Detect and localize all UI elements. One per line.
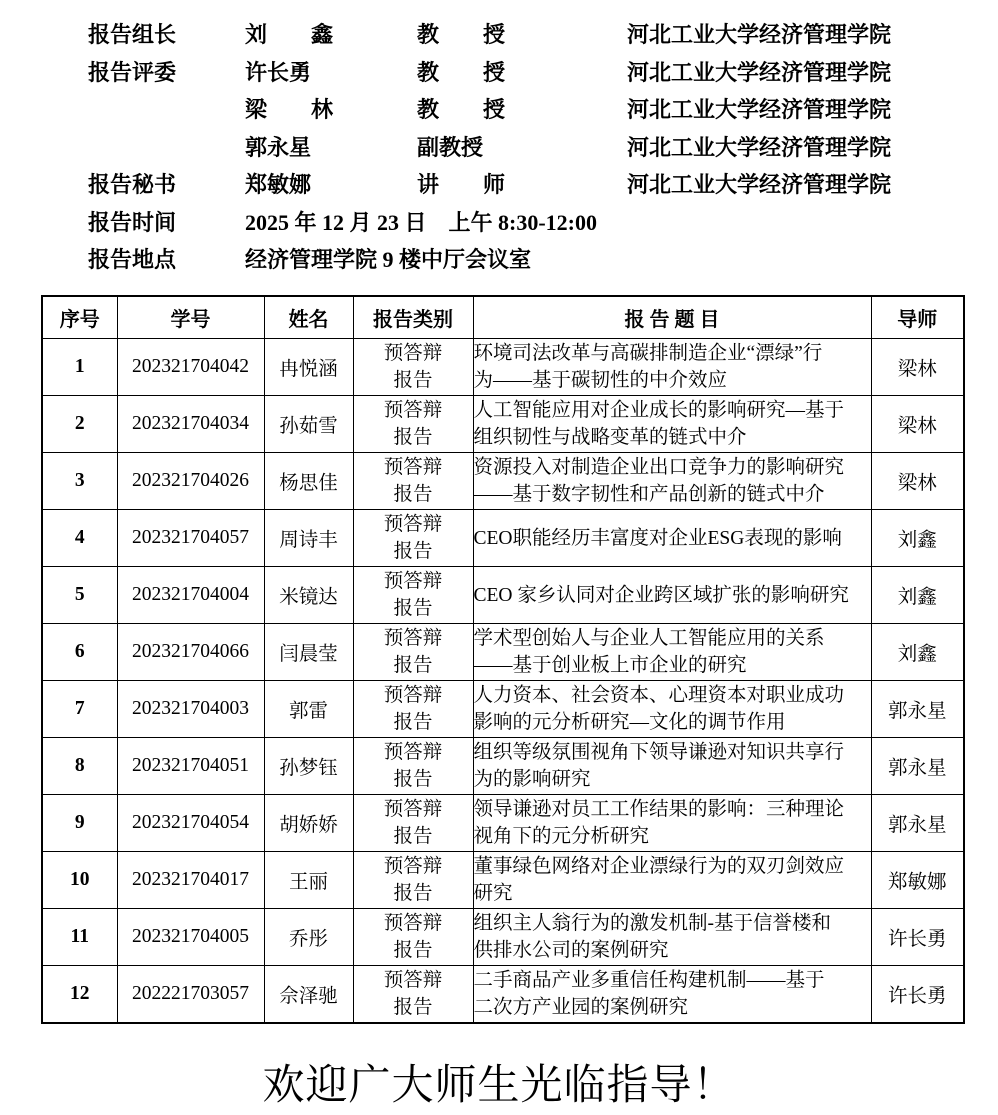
cell-report-title: 二手商品产业多重信任构建机制——基于 二次方产业园的案例研究 xyxy=(473,966,871,1023)
person-organization: 河北工业大学经济管理学院 xyxy=(627,56,998,87)
info-row-location: 报告地点 经济管理学院 9 楼中厅会议室 xyxy=(88,240,998,278)
cell-serial-number: 2 xyxy=(42,396,117,453)
report-info-section: 报告组长刘 鑫教 授河北工业大学经济管理学院报告评委许长勇教 授河北工业大学经济… xyxy=(0,0,998,278)
cell-report-title: 学术型创始人与企业人工智能应用的关系 ——基于创业板上市企业的研究 xyxy=(473,624,871,681)
cell-student-name: 王丽 xyxy=(264,852,353,909)
column-header: 学号 xyxy=(117,296,264,339)
person-title: 副教授 xyxy=(417,131,627,162)
cell-advisor: 许长勇 xyxy=(871,909,964,966)
cell-advisor: 刘鑫 xyxy=(871,624,964,681)
cell-report-title: 领导谦逊对员工工作结果的影响：三种理论 视角下的元分析研究 xyxy=(473,795,871,852)
document-page: 报告组长刘 鑫教 授河北工业大学经济管理学院报告评委许长勇教 授河北工业大学经济… xyxy=(0,0,998,1115)
table-row: 11202321704005乔彤预答辩 报告组织主人翁行为的激发机制-基于信誉楼… xyxy=(42,909,964,966)
cell-student-name: 佘泽驰 xyxy=(264,966,353,1023)
cell-report-title: CEO职能经历丰富度对企业ESG表现的影响 xyxy=(473,510,871,567)
cell-student-name: 杨思佳 xyxy=(264,453,353,510)
cell-serial-number: 6 xyxy=(42,624,117,681)
person-name: 许长勇 xyxy=(245,56,417,87)
cell-report-category: 预答辩 报告 xyxy=(353,966,473,1023)
info-role-label: 报告评委 xyxy=(88,56,245,87)
schedule-table-header: 序号学号姓名报告类别报 告 题 目导师 xyxy=(42,296,964,339)
info-row: 郭永星副教授河北工业大学经济管理学院 xyxy=(88,128,998,166)
cell-report-category: 预答辩 报告 xyxy=(353,453,473,510)
cell-report-category: 预答辩 报告 xyxy=(353,738,473,795)
table-row: 10202321704017王丽预答辩 报告董事绿色网络对企业漂绿行为的双刃剑效… xyxy=(42,852,964,909)
cell-report-title: 人工智能应用对企业成长的影响研究—基于 组织韧性与战略变革的链式中介 xyxy=(473,396,871,453)
table-row: 5202321704004米镜达预答辩 报告CEO 家乡认同对企业跨区域扩张的影… xyxy=(42,567,964,624)
cell-serial-number: 1 xyxy=(42,339,117,396)
info-row: 报告评委许长勇教 授河北工业大学经济管理学院 xyxy=(88,53,998,91)
cell-student-name: 胡娇娇 xyxy=(264,795,353,852)
cell-student-name: 乔彤 xyxy=(264,909,353,966)
cell-serial-number: 11 xyxy=(42,909,117,966)
table-row: 3202321704026杨思佳预答辩 报告资源投入对制造企业出口竞争力的影响研… xyxy=(42,453,964,510)
column-header: 报 告 题 目 xyxy=(473,296,871,339)
cell-serial-number: 10 xyxy=(42,852,117,909)
cell-serial-number: 8 xyxy=(42,738,117,795)
person-organization: 河北工业大学经济管理学院 xyxy=(627,131,998,162)
cell-student-id: 202321704003 xyxy=(117,681,264,738)
cell-advisor: 郭永星 xyxy=(871,738,964,795)
cell-report-category: 预答辩 报告 xyxy=(353,396,473,453)
info-row: 报告秘书郑敏娜讲 师河北工业大学经济管理学院 xyxy=(88,165,998,203)
cell-report-category: 预答辩 报告 xyxy=(353,852,473,909)
cell-advisor: 郑敏娜 xyxy=(871,852,964,909)
cell-serial-number: 12 xyxy=(42,966,117,1023)
report-time-label: 报告时间 xyxy=(88,206,245,237)
cell-student-name: 周诗丰 xyxy=(264,510,353,567)
person-organization: 河北工业大学经济管理学院 xyxy=(627,93,998,124)
cell-advisor: 刘鑫 xyxy=(871,567,964,624)
cell-report-category: 预答辩 报告 xyxy=(353,510,473,567)
person-name: 刘 鑫 xyxy=(245,18,417,49)
cell-advisor: 梁林 xyxy=(871,396,964,453)
report-location-value: 经济管理学院 9 楼中厅会议室 xyxy=(245,243,998,274)
cell-report-category: 预答辩 报告 xyxy=(353,624,473,681)
cell-advisor: 郭永星 xyxy=(871,795,964,852)
schedule-table: 序号学号姓名报告类别报 告 题 目导师 1202321704042冉悦涵预答辩 … xyxy=(41,295,965,1024)
info-people-rows: 报告组长刘 鑫教 授河北工业大学经济管理学院报告评委许长勇教 授河北工业大学经济… xyxy=(88,15,998,203)
cell-report-category: 预答辩 报告 xyxy=(353,339,473,396)
table-row: 12202221703057佘泽驰预答辩 报告二手商品产业多重信任构建机制——基… xyxy=(42,966,964,1023)
table-row: 2202321704034孙茹雪预答辩 报告人工智能应用对企业成长的影响研究—基… xyxy=(42,396,964,453)
cell-report-title: 资源投入对制造企业出口竞争力的影响研究 ——基于数字韧性和产品创新的链式中介 xyxy=(473,453,871,510)
cell-report-title: 组织等级氛围视角下领导谦逊对知识共享行 为的影响研究 xyxy=(473,738,871,795)
person-organization: 河北工业大学经济管理学院 xyxy=(627,168,998,199)
cell-advisor: 梁林 xyxy=(871,453,964,510)
info-row: 报告组长刘 鑫教 授河北工业大学经济管理学院 xyxy=(88,15,998,53)
cell-student-id: 202321704066 xyxy=(117,624,264,681)
report-time-value: 2025 年 12 月 23 日 上午 8:30-12:00 xyxy=(245,206,998,237)
welcome-message: 欢迎广大师生光临指导！ xyxy=(0,1052,998,1112)
cell-student-id: 202321704026 xyxy=(117,453,264,510)
cell-report-category: 预答辩 报告 xyxy=(353,681,473,738)
schedule-table-body: 1202321704042冉悦涵预答辩 报告环境司法改革与高碳排制造企业“漂绿”… xyxy=(42,339,964,1023)
cell-report-title: 环境司法改革与高碳排制造企业“漂绿”行 为——基于碳韧性的中介效应 xyxy=(473,339,871,396)
cell-student-name: 冉悦涵 xyxy=(264,339,353,396)
cell-student-id: 202321704051 xyxy=(117,738,264,795)
cell-report-title: 组织主人翁行为的激发机制-基于信誉楼和 供排水公司的案例研究 xyxy=(473,909,871,966)
cell-student-id: 202321704042 xyxy=(117,339,264,396)
table-row: 1202321704042冉悦涵预答辩 报告环境司法改革与高碳排制造企业“漂绿”… xyxy=(42,339,964,396)
cell-report-title: CEO 家乡认同对企业跨区域扩张的影响研究 xyxy=(473,567,871,624)
person-name: 郭永星 xyxy=(245,131,417,162)
info-role-label: 报告秘书 xyxy=(88,168,245,199)
cell-serial-number: 5 xyxy=(42,567,117,624)
cell-student-id: 202321704034 xyxy=(117,396,264,453)
cell-student-id: 202221703057 xyxy=(117,966,264,1023)
cell-serial-number: 7 xyxy=(42,681,117,738)
cell-serial-number: 3 xyxy=(42,453,117,510)
cell-report-title: 董事绿色网络对企业漂绿行为的双刃剑效应 研究 xyxy=(473,852,871,909)
cell-advisor: 梁林 xyxy=(871,339,964,396)
person-title: 教 授 xyxy=(417,93,627,124)
cell-report-category: 预答辩 报告 xyxy=(353,567,473,624)
cell-student-name: 闫晨莹 xyxy=(264,624,353,681)
cell-student-id: 202321704004 xyxy=(117,567,264,624)
column-header: 报告类别 xyxy=(353,296,473,339)
table-row: 8202321704051孙梦钰预答辩 报告组织等级氛围视角下领导谦逊对知识共享… xyxy=(42,738,964,795)
column-header: 姓名 xyxy=(264,296,353,339)
table-row: 7202321704003郭雷预答辩 报告人力资本、社会资本、心理资本对职业成功… xyxy=(42,681,964,738)
table-row: 4202321704057周诗丰预答辩 报告CEO职能经历丰富度对企业ESG表现… xyxy=(42,510,964,567)
table-row: 9202321704054胡娇娇预答辩 报告领导谦逊对员工工作结果的影响：三种理… xyxy=(42,795,964,852)
cell-student-id: 202321704017 xyxy=(117,852,264,909)
cell-serial-number: 4 xyxy=(42,510,117,567)
cell-student-id: 202321704005 xyxy=(117,909,264,966)
cell-advisor: 刘鑫 xyxy=(871,510,964,567)
report-location-label: 报告地点 xyxy=(88,243,245,274)
cell-advisor: 郭永星 xyxy=(871,681,964,738)
person-name: 梁 林 xyxy=(245,93,417,124)
person-title: 教 授 xyxy=(417,56,627,87)
cell-student-name: 米镜达 xyxy=(264,567,353,624)
header-row: 序号学号姓名报告类别报 告 题 目导师 xyxy=(42,296,964,339)
cell-advisor: 许长勇 xyxy=(871,966,964,1023)
cell-student-id: 202321704054 xyxy=(117,795,264,852)
column-header: 序号 xyxy=(42,296,117,339)
cell-report-title: 人力资本、社会资本、心理资本对职业成功 影响的元分析研究—文化的调节作用 xyxy=(473,681,871,738)
table-row: 6202321704066闫晨莹预答辩 报告学术型创始人与企业人工智能应用的关系… xyxy=(42,624,964,681)
person-title: 教 授 xyxy=(417,18,627,49)
info-role-label: 报告组长 xyxy=(88,18,245,49)
column-header: 导师 xyxy=(871,296,964,339)
cell-student-id: 202321704057 xyxy=(117,510,264,567)
person-name: 郑敏娜 xyxy=(245,168,417,199)
cell-report-category: 预答辩 报告 xyxy=(353,795,473,852)
cell-report-category: 预答辩 报告 xyxy=(353,909,473,966)
person-title: 讲 师 xyxy=(417,168,627,199)
cell-serial-number: 9 xyxy=(42,795,117,852)
info-row: 梁 林教 授河北工业大学经济管理学院 xyxy=(88,90,998,128)
cell-student-name: 孙茹雪 xyxy=(264,396,353,453)
person-organization: 河北工业大学经济管理学院 xyxy=(627,18,998,49)
info-row-time: 报告时间 2025 年 12 月 23 日 上午 8:30-12:00 xyxy=(88,203,998,241)
cell-student-name: 孙梦钰 xyxy=(264,738,353,795)
cell-student-name: 郭雷 xyxy=(264,681,353,738)
